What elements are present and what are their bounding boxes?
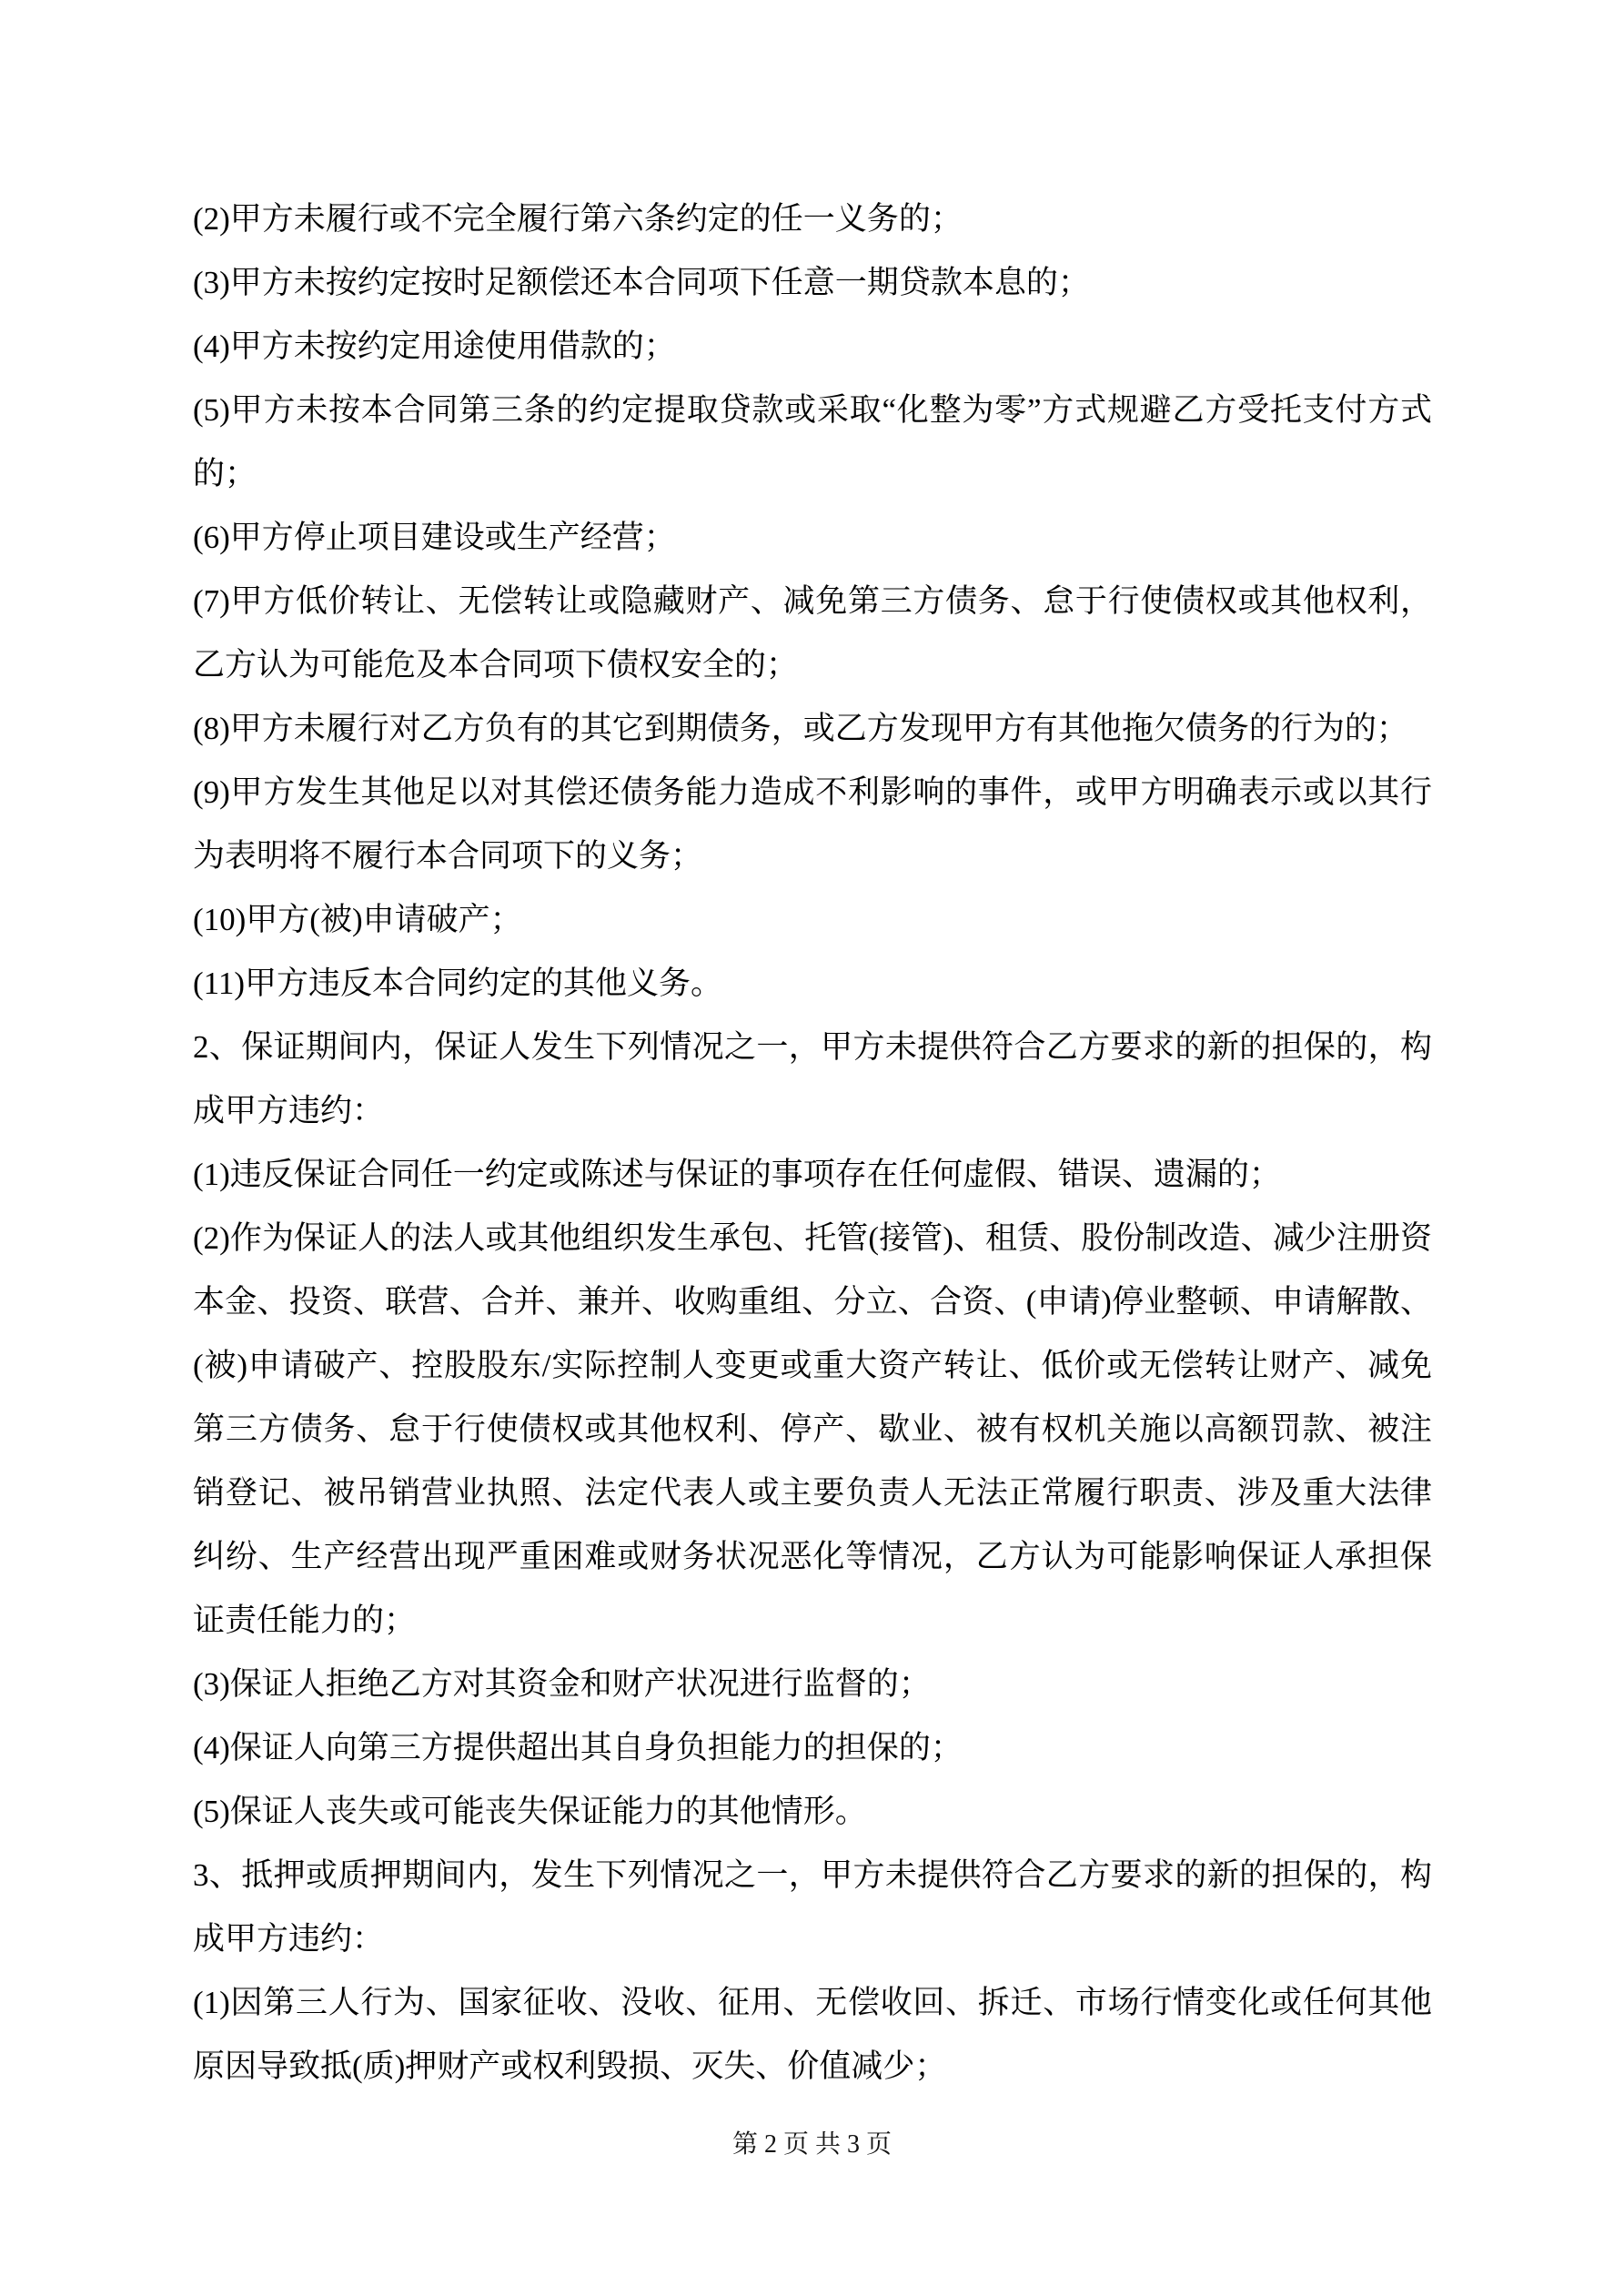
contract-section-heading: 3、抵押或质押期间内，发生下列情况之一，甲方未提供符合乙方要求的新的担保的，构成… <box>193 1844 1432 1971</box>
contract-clause: (1)因第三人行为、国家征收、没收、征用、无偿收回、拆迁、市场行情变化或任何其他… <box>193 1971 1432 2099</box>
contract-body: (2)甲方未履行或不完全履行第六条约定的任一义务的； (3)甲方未按约定按时足额… <box>193 187 1432 2099</box>
contract-clause: (3)保证人拒绝乙方对其资金和财产状况进行监督的； <box>193 1653 1432 1716</box>
contract-clause: (6)甲方停止项目建设或生产经营； <box>193 506 1432 570</box>
contract-clause: (8)甲方未履行对乙方负有的其它到期债务，或乙方发现甲方有其他拖欠债务的行为的； <box>193 697 1432 761</box>
contract-clause: (4)甲方未按约定用途使用借款的； <box>193 315 1432 379</box>
contract-clause: (3)甲方未按约定按时足额偿还本合同项下任意一期贷款本息的； <box>193 251 1432 315</box>
contract-clause: (2)甲方未履行或不完全履行第六条约定的任一义务的； <box>193 187 1432 251</box>
contract-clause: (2)作为保证人的法人或其他组织发生承包、托管(接管)、租赁、股份制改造、减少注… <box>193 1207 1432 1653</box>
contract-clause: (5)甲方未按本合同第三条的约定提取贷款或采取“化整为零”方式规避乙方受托支付方… <box>193 379 1432 506</box>
contract-clause: (9)甲方发生其他足以对其偿还债务能力造成不利影响的事件，或甲方明确表示或以其行… <box>193 761 1432 888</box>
contract-clause: (5)保证人丧失或可能丧失保证能力的其他情形。 <box>193 1780 1432 1844</box>
page-number-footer: 第 2 页 共 3 页 <box>0 2122 1624 2168</box>
contract-clause: (7)甲方低价转让、无偿转让或隐藏财产、减免第三方债务、怠于行使债权或其他权利，… <box>193 570 1432 697</box>
contract-clause: (4)保证人向第三方提供超出其自身负担能力的担保的； <box>193 1716 1432 1780</box>
contract-section-heading: 2、保证期间内，保证人发生下列情况之一，甲方未提供符合乙方要求的新的担保的，构成… <box>193 1016 1432 1143</box>
contract-clause: (1)违反保证合同任一约定或陈述与保证的事项存在任何虚假、错误、遗漏的； <box>193 1143 1432 1207</box>
contract-clause: (11)甲方违反本合同约定的其他义务。 <box>193 952 1432 1016</box>
document-page: (2)甲方未履行或不完全履行第六条约定的任一义务的； (3)甲方未按约定按时足额… <box>0 0 1624 2296</box>
contract-clause: (10)甲方(被)申请破产； <box>193 888 1432 952</box>
